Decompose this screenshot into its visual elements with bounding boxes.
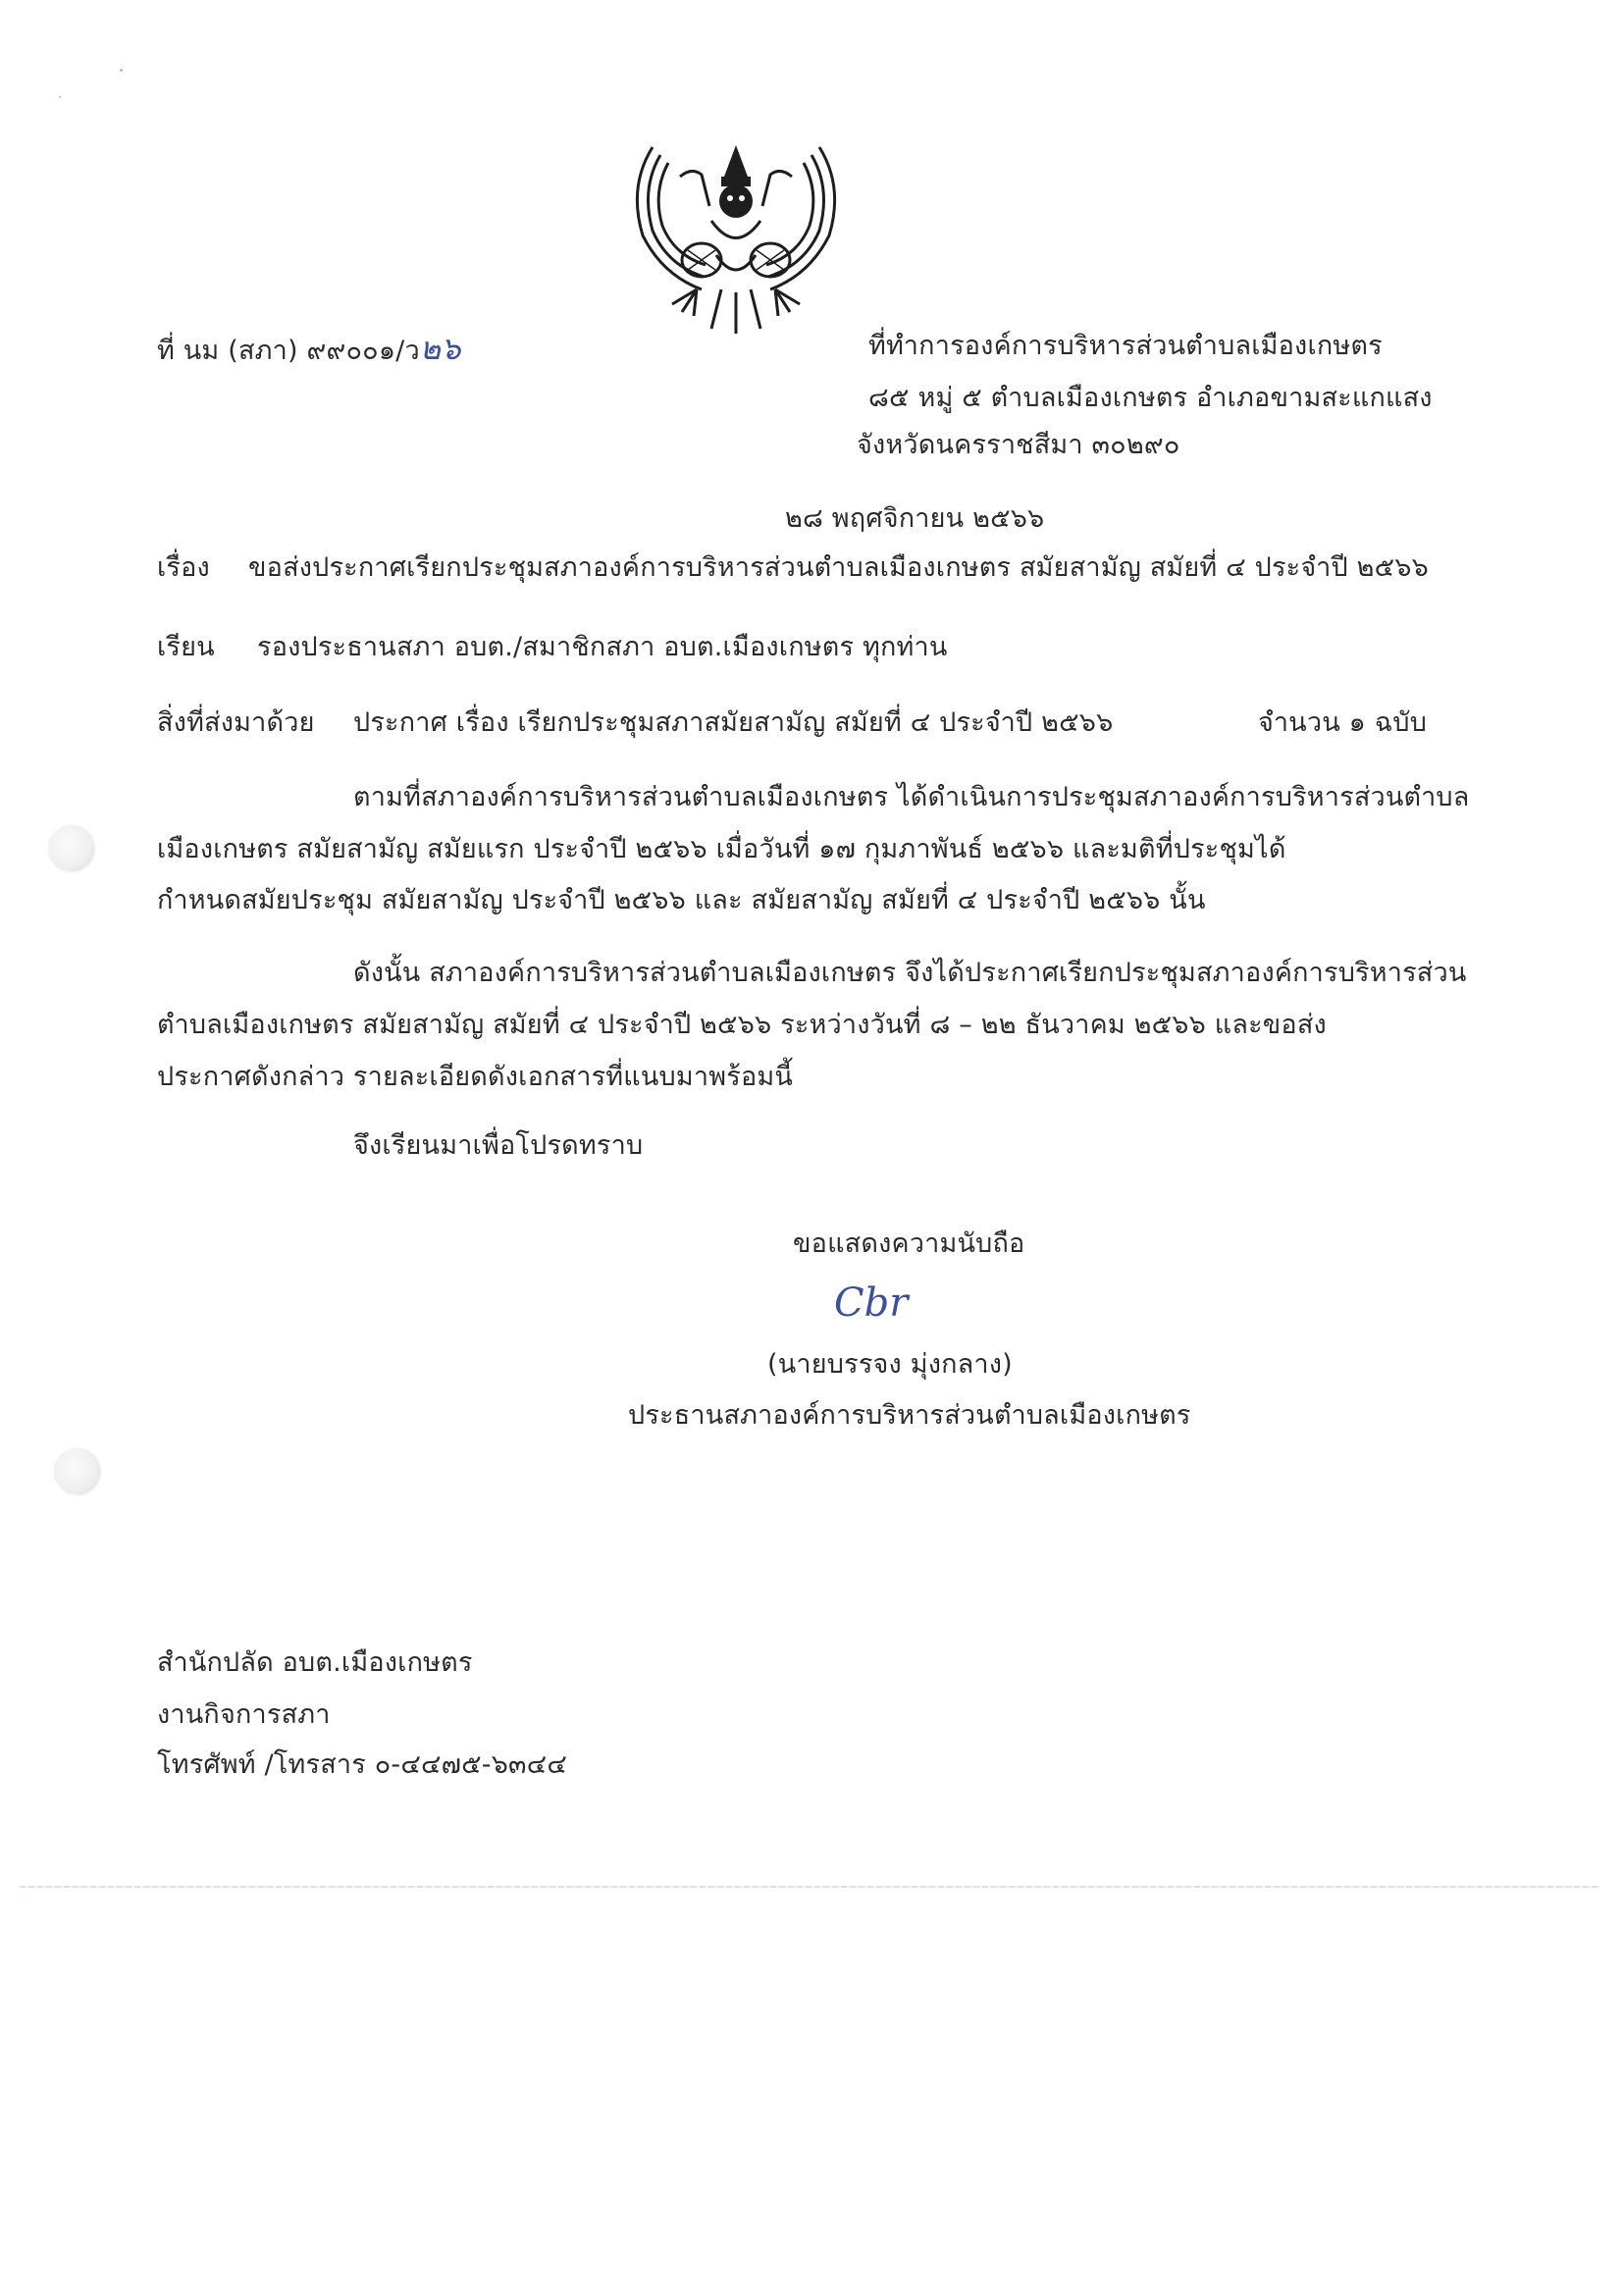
paragraph-2-line-1: ดังนั้น สภาองค์การบริหารส่วนตำบลเมืองเกษ…: [353, 951, 1467, 993]
salutation: ขอแสดงความนับถือ: [793, 1222, 1024, 1264]
reference-number: ที่ นม (สภา) ๙๙๐๐๑/ว๒๖: [157, 324, 461, 374]
enclosure-label: สิ่งที่ส่งมาด้วย: [157, 701, 315, 743]
subject-label: เรื่อง: [157, 546, 210, 588]
closing-line: จึงเรียนมาเพื่อโปรดทราบ: [353, 1123, 643, 1166]
enclosure-text: ประกาศ เรื่อง เรียกประชุมสภาสมัยสามัญ สม…: [353, 701, 1113, 743]
subject-text: ขอส่งประกาศเรียกประชุมสภาองค์การบริหารส่…: [248, 546, 1429, 588]
paragraph-2-line-3: ประกาศดังกล่าว รายละเอียดดังเอกสารที่แนบ…: [157, 1055, 793, 1097]
recipient-label: เรียน: [157, 625, 215, 667]
recipient-text: รองประธานสภา อบต./สมาชิกสภา อบต.เมืองเกษ…: [257, 625, 948, 667]
paragraph-1-line-3: กำหนดสมัยประชุม สมัยสามัญ ประจำปี ๒๕๖๖ แ…: [157, 878, 1206, 920]
scan-edge-divider: [20, 1886, 1599, 1888]
letter-date: ๒๘ พฤศจิกายน ๒๕๖๖: [785, 496, 1044, 539]
enclosure-quantity: จำนวน ๑ ฉบับ: [1258, 701, 1427, 743]
scan-speck: [120, 69, 123, 72]
handwritten-reference-number: ๒๖: [420, 330, 461, 367]
paragraph-1-line-2: เมืองเกษตร สมัยสามัญ สมัยแรก ประจำปี ๒๕๖…: [157, 827, 1286, 869]
office-address-line-3: จังหวัดนครราชสีมา ๓๐๒๙๐: [857, 423, 1180, 465]
handwritten-signature: Cbr: [834, 1280, 908, 1326]
punch-hole-lower: [55, 1449, 100, 1494]
footer-office: สำนักปลัด อบต.เมืองเกษตร: [157, 1641, 473, 1683]
punch-hole-upper: [49, 826, 94, 871]
footer-phone-fax: โทรศัพท์ /โทรสาร ๐-๔๔๗๕-๖๓๔๔: [157, 1743, 567, 1785]
office-address-line-2: ๘๕ หมู่ ๕ ตำบลเมืองเกษตร อำเภอขามสะแกแสง: [868, 376, 1433, 418]
signer-name: (นายบรรจง มุ่งกลาง): [767, 1342, 1013, 1384]
signer-title: ประธานสภาองค์การบริหารส่วนตำบลเมืองเกษตร: [628, 1393, 1191, 1435]
garuda-emblem-icon: [623, 128, 849, 339]
office-address-line-1: ที่ทำการองค์การบริหารส่วนตำบลเมืองเกษตร: [868, 324, 1383, 366]
footer-department: งานกิจการสภา: [157, 1693, 331, 1735]
reference-number-text: ที่ นม (สภา) ๙๙๐๐๑/ว: [157, 336, 420, 366]
paragraph-2-line-2: ตำบลเมืองเกษตร สมัยสามัญ สมัยที่ ๔ ประจำ…: [157, 1003, 1327, 1045]
scan-speck: [59, 96, 61, 98]
paragraph-1-line-1: ตามที่สภาองค์การบริหารส่วนตำบลเมืองเกษตร…: [353, 775, 1470, 817]
